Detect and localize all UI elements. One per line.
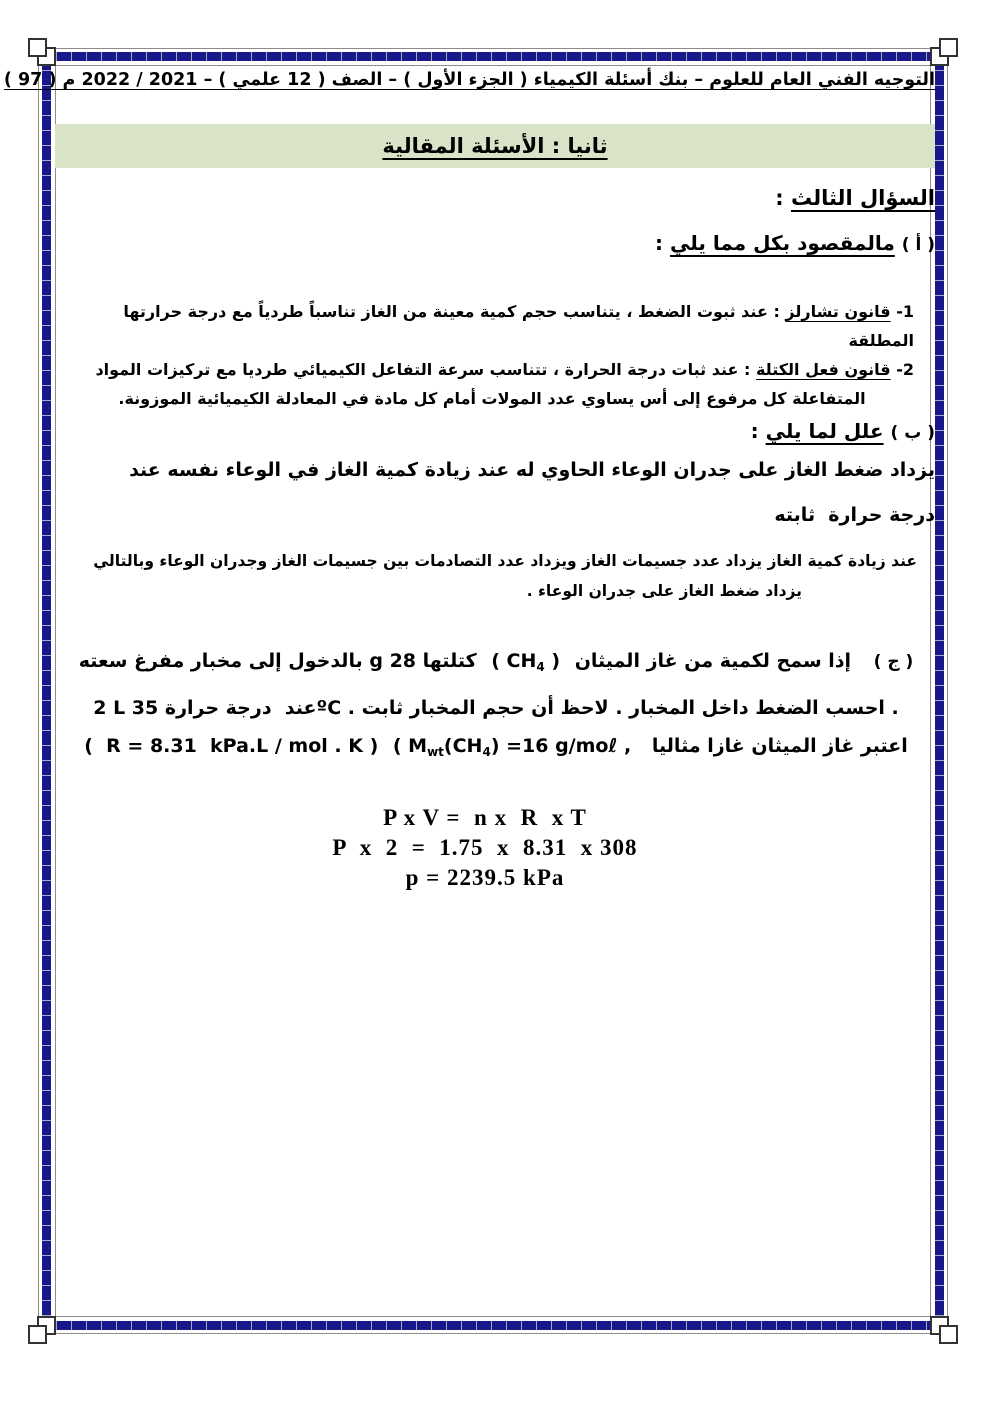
question-title: السؤال الثالث : (775, 186, 935, 210)
section-banner: ثانيا : الأسئلة المقالية (55, 124, 935, 168)
section-banner-title: ثانيا : الأسئلة المقالية (382, 134, 607, 158)
definition-item-1: 1- قانون تشارلز : عند ثبوت الضغط ، يتناس… (70, 297, 914, 355)
part-c-line1-before: إذا سمح لكمية من غاز الميثان (575, 650, 851, 672)
part-b-answer: عند زيادة كمية الغاز يزداد عدد جسيمات ال… (70, 546, 917, 606)
corner-square-outer (28, 38, 47, 57)
corner-square-outer (28, 1325, 47, 1344)
definition-2-term: قانون فعل الكتلة (756, 360, 891, 379)
corner-ornament-bottom-right (930, 1316, 958, 1344)
frame-bar-bottom (42, 1321, 944, 1330)
part-b-heading-colon: : (751, 419, 766, 443)
part-c-line3: ( R = 8.31 kPa.L / mol . K ) ( Mwt(CH4) … (40, 735, 952, 759)
part-a-marker: ( أ ) (902, 235, 935, 255)
part-a-heading-colon: : (655, 231, 670, 255)
definition-2-number: 2- (891, 360, 914, 379)
part-b-heading: ( ب ) علل لما يلي : (751, 419, 935, 443)
corner-ornament-top-right (930, 38, 958, 66)
part-b-statement-line2: درجة حرارة ثابته (774, 504, 935, 526)
frame-bar-top (42, 52, 944, 61)
frame-bar-left (42, 52, 51, 1330)
part-b-heading-text: علل لما يلي (766, 419, 884, 443)
equation-line-2: P x 2 = 1.75 x 8.31 x 308 (0, 833, 970, 863)
methane-formula: ( CH4 ) (491, 650, 560, 672)
frame-bar-right (935, 52, 944, 1330)
document-page: التوجيه الفني العام للعلوم – بنك أسئلة ا… (0, 0, 992, 1403)
methane-formula-subscript: 4 (536, 660, 544, 674)
molar-mass-expression: ( Mwt(CH4) =16 g/moℓ , (393, 735, 631, 757)
definition-2-separator: : (738, 360, 756, 379)
part-b-answer-line2: يزداد ضغط الغاز على جدران الوعاء . (70, 576, 802, 606)
document-header: التوجيه الفني العام للعلوم – بنك أسئلة ا… (60, 70, 935, 90)
question-title-colon: : (775, 186, 791, 210)
corner-square-outer (939, 1325, 958, 1344)
part-a-heading: ( أ ) مالمقصود بكل مما يلي : (655, 231, 935, 255)
molar-mass-open: ( M (393, 735, 427, 757)
molar-mass-close: ) =16 g/moℓ , (491, 735, 631, 757)
part-c-line1-after: كتلتها 28 g بالدخول إلى مخبار مفرغ سعته (79, 650, 477, 672)
molar-mass-subscript-2: 4 (482, 745, 490, 759)
molar-mass-mid: (CH (444, 735, 483, 757)
equation-line-3: p = 2239.5 kPa (0, 863, 970, 893)
part-b-statement-line1: يزداد ضغط الغاز على جدران الوعاء الحاوي … (129, 459, 935, 481)
definition-item-2: 2- قانون فعل الكتلة : عند ثبات درجة الحر… (70, 355, 914, 384)
part-b-answer-line1: عند زيادة كمية الغاز يزداد عدد جسيمات ال… (70, 546, 917, 576)
part-c-line3-arabic: اعتبر غاز الميثان غازا مثاليا (652, 735, 908, 757)
part-b-marker: ( ب ) (891, 423, 935, 443)
document-header-text: التوجيه الفني العام للعلوم – بنك أسئلة ا… (4, 70, 935, 90)
gas-constant-value: ( R = 8.31 kPa.L / mol . K ) (84, 735, 378, 757)
methane-formula-close: ) (545, 650, 560, 672)
corner-ornament-top-left (28, 38, 56, 66)
part-c-line2: 2 L عند درجة حرارة 35ºC . احسب الضغط داخ… (40, 697, 952, 719)
definition-1-separator: : (768, 302, 786, 321)
equation-line-1: P x V = n x R x T (0, 803, 970, 833)
question-title-text: السؤال الثالث (791, 186, 935, 210)
solution-equations: P x V = n x R x T P x 2 = 1.75 x 8.31 x … (0, 803, 970, 893)
corner-ornament-bottom-left (28, 1316, 56, 1344)
definition-1-term: قانون تشارلز (785, 302, 890, 321)
molar-mass-subscript: wt (427, 745, 444, 759)
definition-1-number: 1- (891, 302, 914, 321)
methane-formula-open: ( CH (491, 650, 536, 672)
definition-2-continuation: المتفاعلة كل مرفوع إلى أس يساوي عدد المو… (70, 384, 914, 413)
part-a-definitions: 1- قانون تشارلز : عند ثبوت الضغط ، يتناس… (70, 297, 914, 413)
part-a-heading-text: مالمقصود بكل مما يلي (670, 231, 895, 255)
corner-square-outer (939, 38, 958, 57)
definition-2-text: عند ثبات درجة الحرارة ، تتناسب سرعة التف… (95, 360, 738, 379)
part-c-marker: ( ج ) (874, 652, 914, 672)
part-c-line1: ( ج ) إذا سمح لكمية من غاز الميثان ( CH4… (40, 650, 952, 674)
